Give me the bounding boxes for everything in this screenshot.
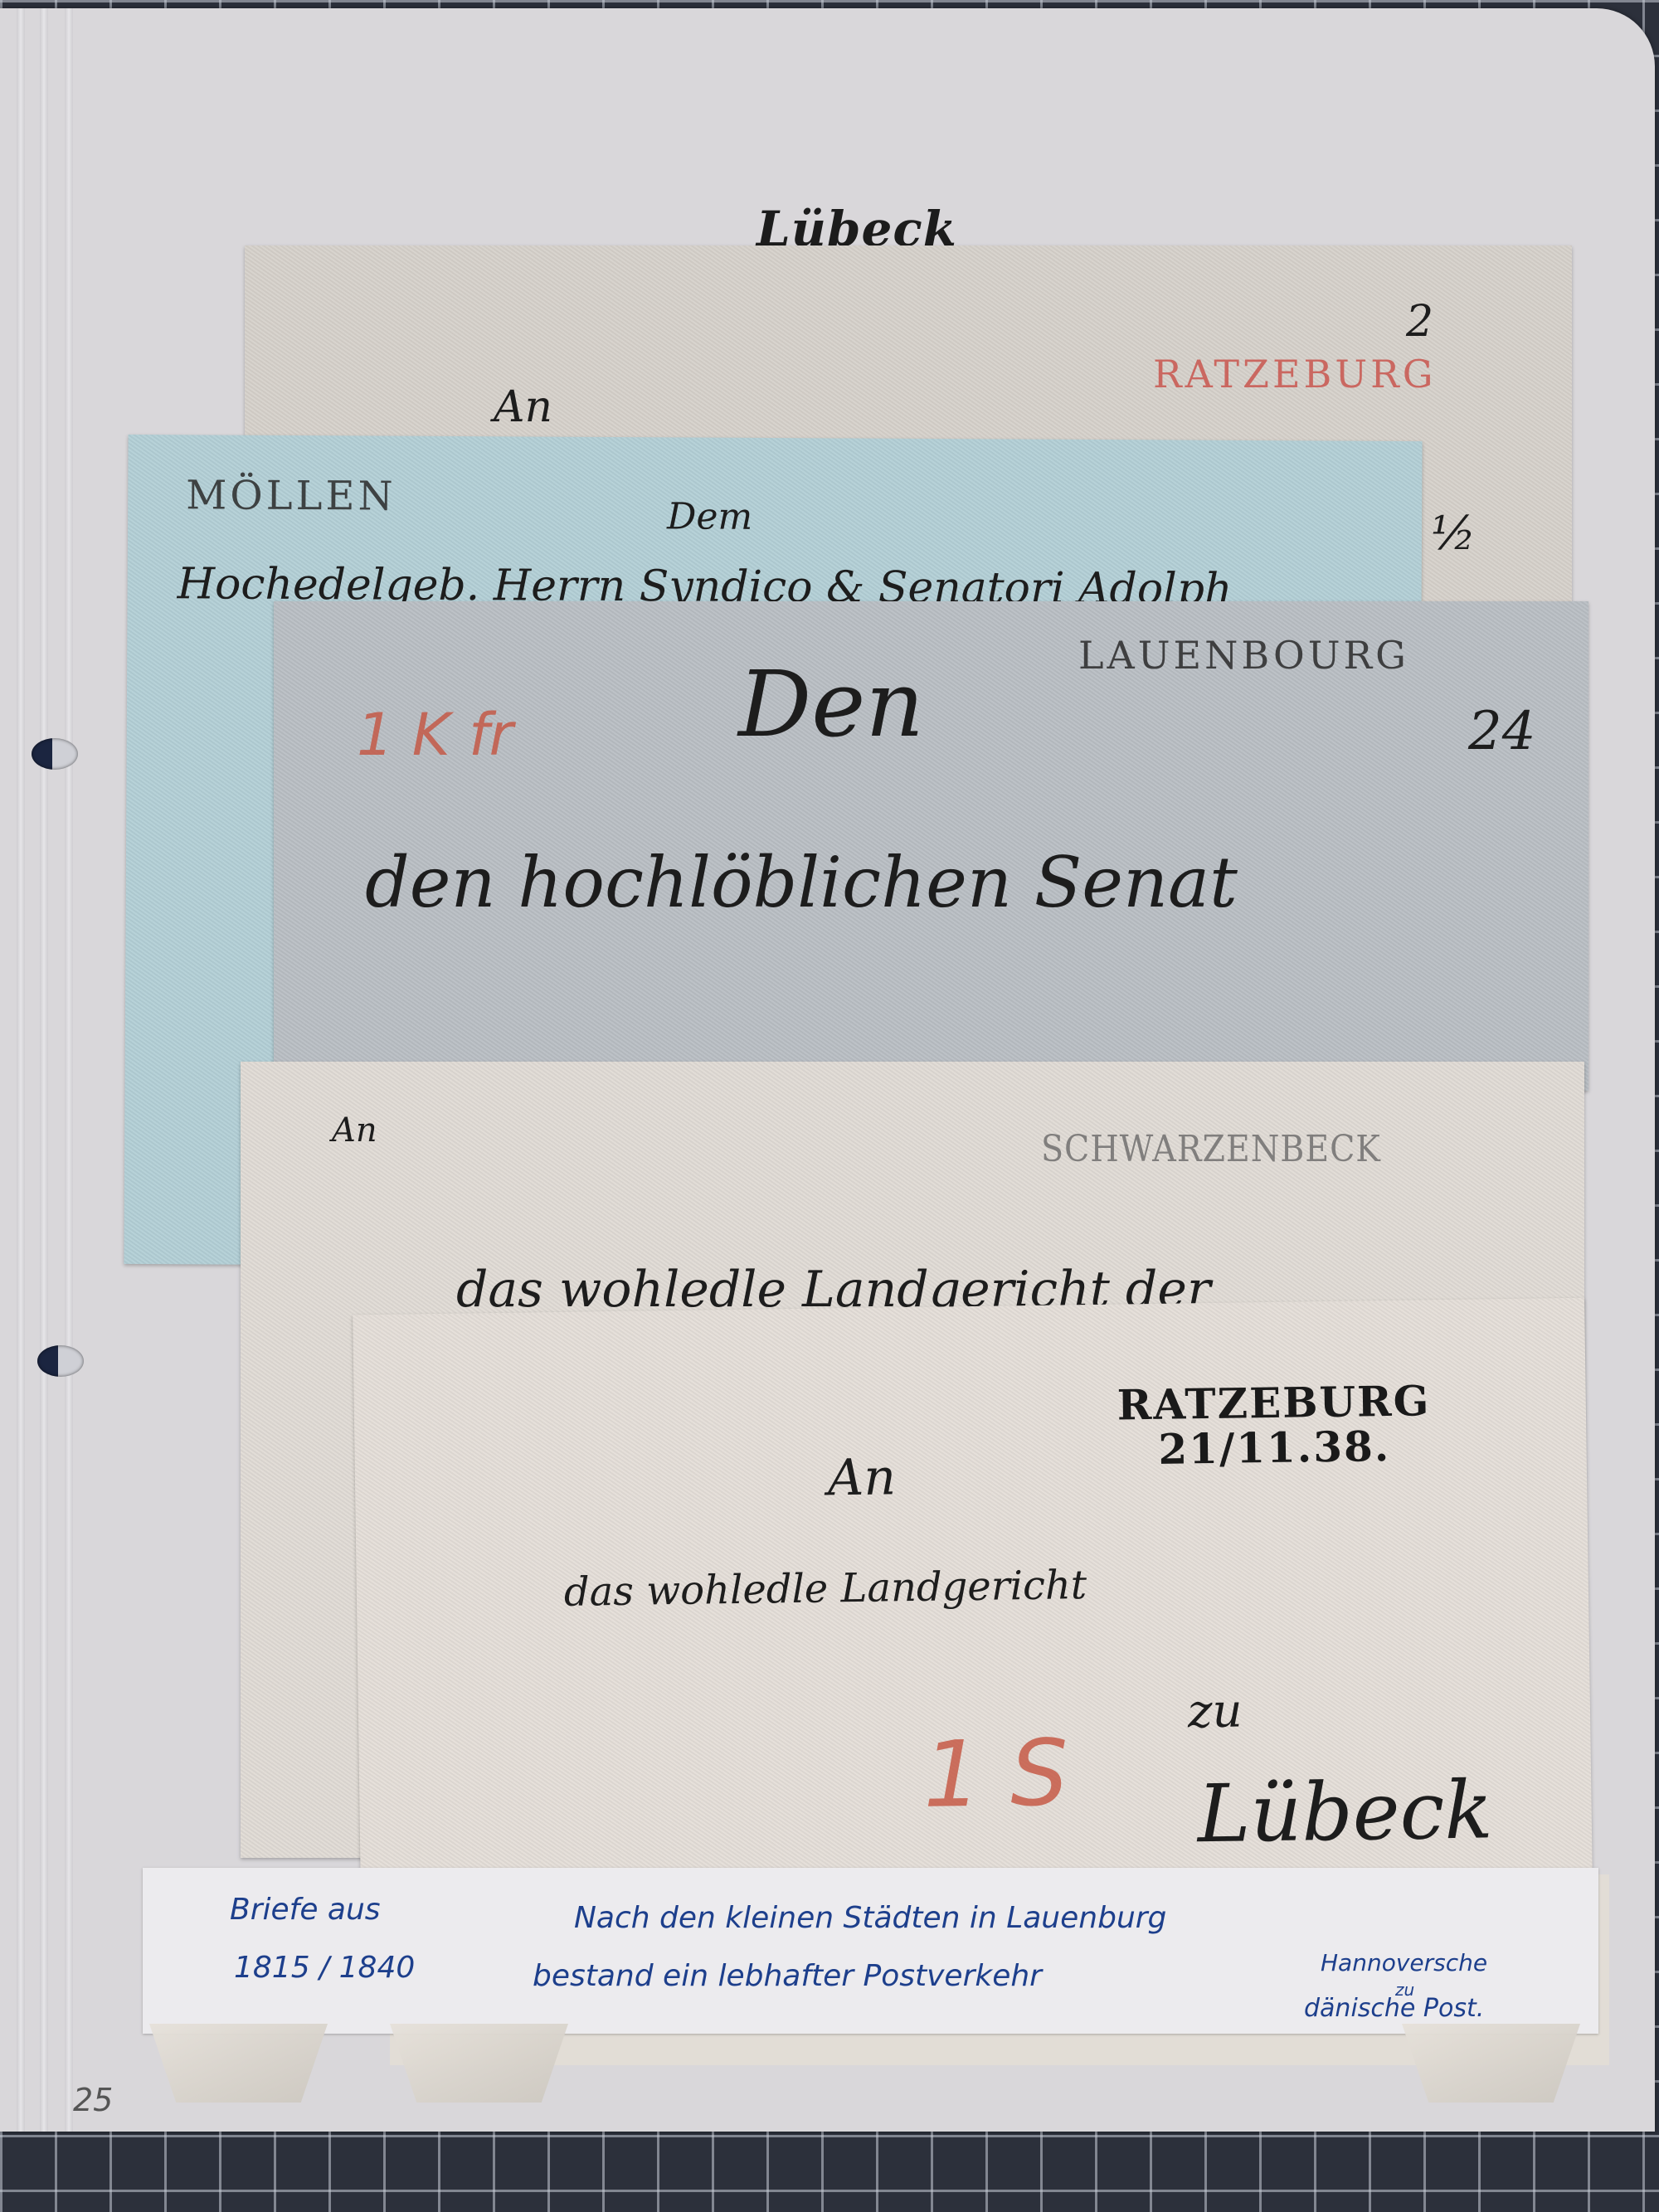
rate-mark: ½ (1431, 507, 1476, 561)
description-left-1: Briefe aus (230, 1893, 381, 1927)
postmark: LAUENBOURG (1078, 633, 1409, 678)
description-center-1: Nach den kleinen Städten in Lauenburg (574, 1901, 1166, 1935)
page-number: 25 (73, 2082, 113, 2118)
punch-hole (32, 738, 78, 770)
address-line: An (828, 1448, 897, 1507)
address-line: das wohledle Landgericht (563, 1562, 1087, 1616)
photo-corner-mount (149, 2024, 328, 2103)
postmark: SCHWARZENBECK (1041, 1128, 1381, 1170)
red-rate-mark: 1 S (922, 1719, 1069, 1827)
address-line: zu (1188, 1684, 1243, 1738)
binding-rib (40, 8, 48, 2132)
cover-lauenbourg: LAUENBOURG 1 K fr 24 Den den hochlöblich… (274, 601, 1588, 1091)
postmark: RATZEBURG (1153, 352, 1437, 396)
photo-corner-mount (390, 2024, 568, 2103)
red-rate-mark: 1 K fr (357, 701, 513, 769)
rate-mark: 24 (1468, 701, 1535, 762)
address-line: An (332, 1111, 377, 1150)
postmark-date: 21/11.38. (1117, 1423, 1431, 1472)
address-line: Lübeck (1197, 1763, 1493, 1860)
binding-rib (65, 8, 73, 2132)
binding-rib (17, 8, 25, 2132)
postmark-town: RATZEBURG (1117, 1378, 1430, 1427)
description-right-3: dänische Post. (1304, 1994, 1484, 2023)
description-left-2: 1815 / 1840 (234, 1951, 415, 1985)
cover-ratzeburg-dated: RATZEBURG 21/11.38. An das wohledle Land… (353, 1298, 1593, 1896)
address-line: den hochlöblichen Senat (365, 842, 1238, 923)
description-label: Briefe aus 1815 / 1840 Nach den kleinen … (143, 1868, 1598, 2034)
description-right-1: Hannoversche (1321, 1949, 1487, 1976)
rate-mark: 2 (1406, 297, 1433, 347)
address-line: Dem (667, 495, 752, 538)
punch-hole (37, 1345, 84, 1377)
description-center-2: bestand ein lebhafter Postverkehr (533, 1959, 1042, 1993)
photo-corner-mount (1402, 2024, 1580, 2103)
address-line: An (494, 382, 552, 432)
address-line: Den (738, 651, 924, 757)
postmark: RATZEBURG 21/11.38. (1117, 1378, 1431, 1472)
postmark: MÖLLEN (186, 472, 397, 519)
